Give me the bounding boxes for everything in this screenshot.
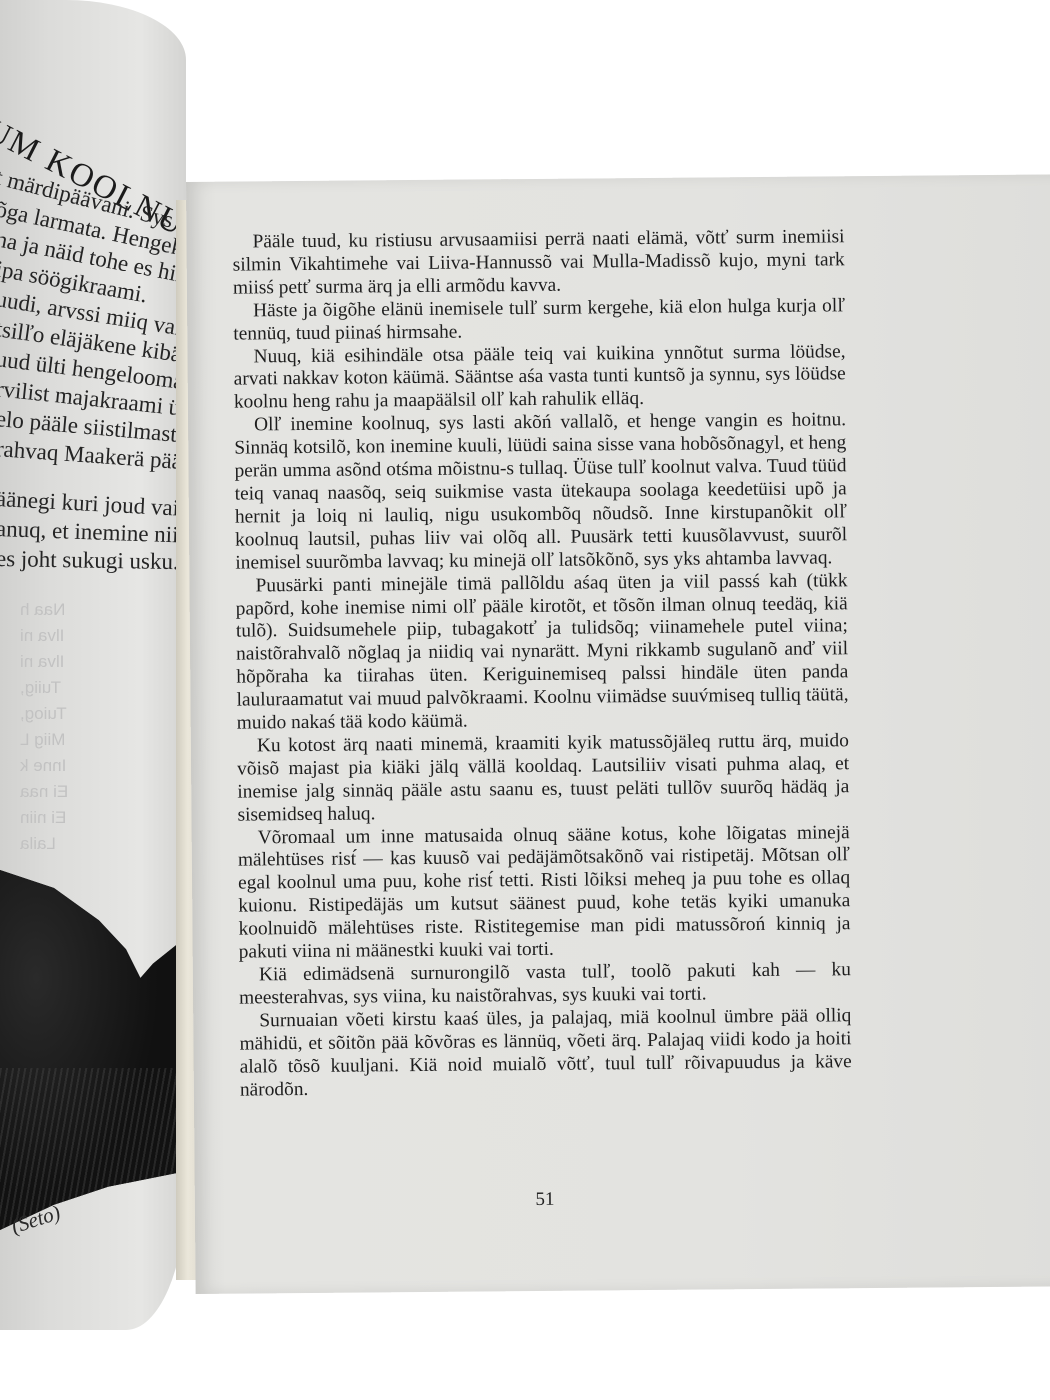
- page-number: 51: [515, 1189, 575, 1212]
- show-through-line: Ilva ni: [20, 652, 64, 672]
- show-through-line: Laila: [20, 834, 56, 854]
- paragraph: Puusärki panti minejäle timä pallõldu aś…: [235, 570, 848, 736]
- show-through-line: Ei naa: [20, 782, 68, 802]
- left-page: UM KOOLNUQ Naa hIlva niIlva niTuiig,Tuio…: [0, 0, 186, 1330]
- show-through-line: Tuiig,: [20, 678, 61, 698]
- paragraph: Võromaal um inne matusaida olnuq sääne k…: [238, 822, 851, 965]
- show-through-line: Ei niin: [20, 808, 66, 828]
- paragraph: Nuuq, kiä esihindäle otsa pääle teiq vai…: [233, 341, 846, 415]
- show-through-line: Tuiog,: [20, 704, 67, 724]
- barn-photo: [0, 870, 180, 1230]
- left-text-line: anuq, et inemine niisam: [0, 516, 186, 550]
- paragraph: Häste ja õigõhe elänü inemisele tulľ sur…: [233, 295, 845, 346]
- body-text: Pääle tuud, ku ristiusu arvusaamiisi per…: [232, 226, 852, 1102]
- show-through-line: Naa h: [20, 600, 65, 620]
- paragraph: Surnuaian võeti kirstu kaaś üles, ja pal…: [239, 1005, 852, 1102]
- show-through-line: Inne k: [20, 756, 66, 776]
- right-page: Pääle tuud, ku ristiusu arvusaamiisi per…: [186, 174, 1050, 1294]
- paragraph: Pääle tuud, ku ristiusu arvusaamiisi per…: [232, 226, 845, 300]
- left-text-line: es joht sukugi usku.: [0, 546, 179, 575]
- paragraph: Kiä edimädsenä surnurongilõ vasta tulľ, …: [239, 959, 851, 1010]
- paragraph: Ku kotost ärq naati minemä, kraamiti kyi…: [237, 730, 850, 827]
- show-through-line: Miig L: [20, 730, 65, 750]
- paragraph: Olľ inemine koolnuq, sys lasti akõń vall…: [234, 409, 847, 575]
- show-through-line: Ilva ni: [20, 626, 64, 646]
